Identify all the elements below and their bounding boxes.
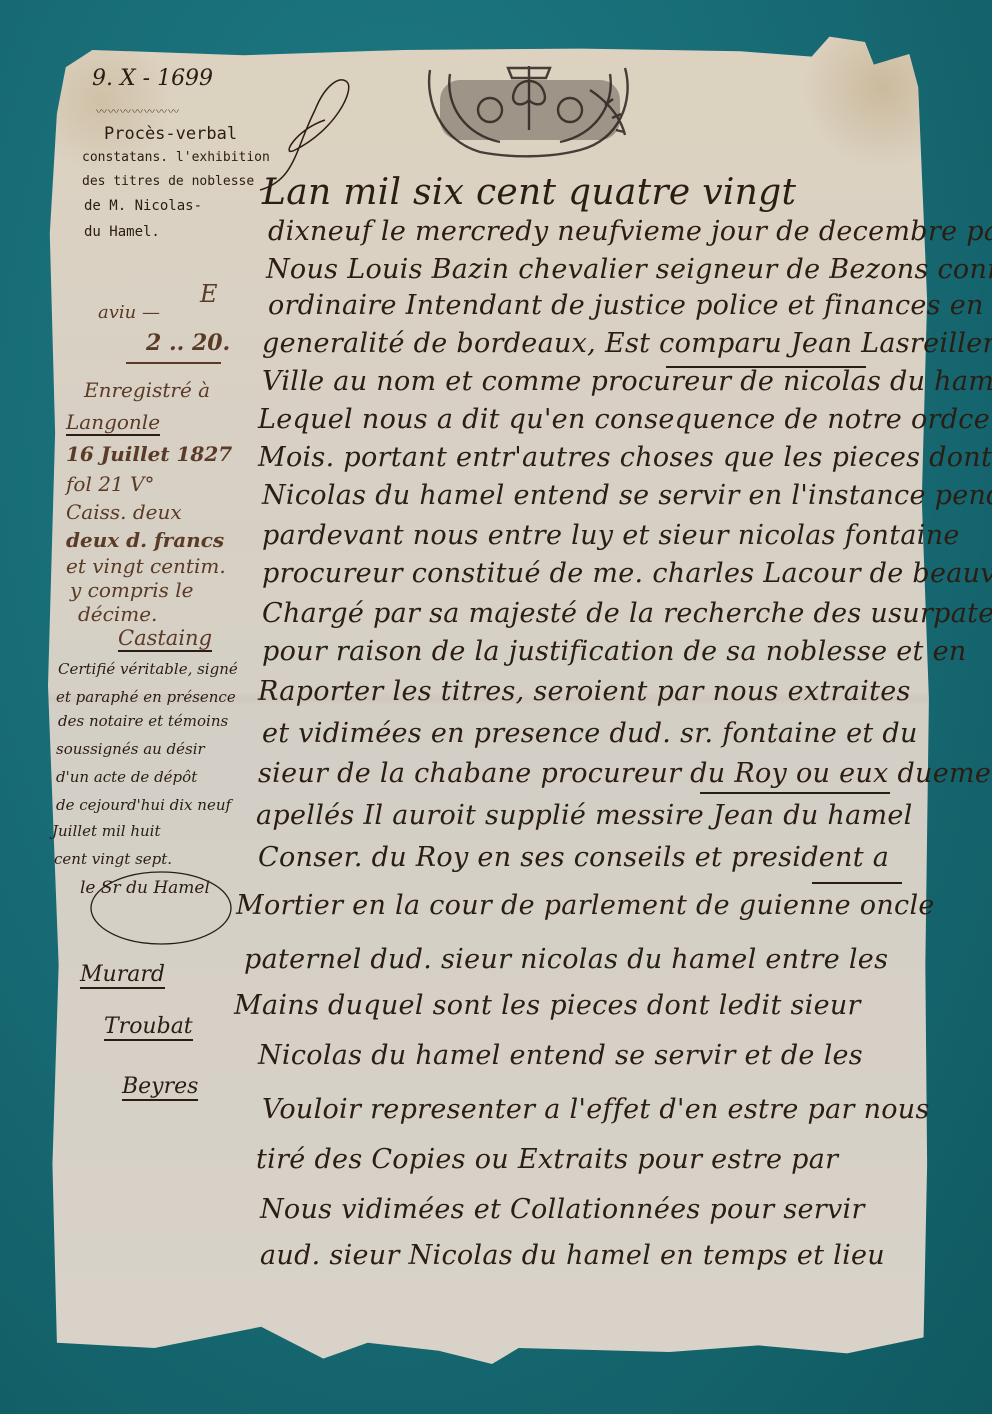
- body-line-13: pour raison de la justification de sa no…: [262, 636, 967, 667]
- signature-beyres: Beyres: [122, 1074, 198, 1101]
- header-line-2: des titres de noblesse: [82, 174, 254, 189]
- body-line-15: et vidimées en presence dud. sr. fontain…: [262, 718, 918, 749]
- body-line-20: paternel dud. sieur nicolas du hamel ent…: [244, 944, 888, 975]
- body-line-24: tiré des Copies ou Extraits pour estre p…: [256, 1144, 838, 1175]
- header-title: Procès-verbal: [104, 124, 237, 144]
- header-line-1: constatans. l'exhibition: [82, 150, 270, 165]
- registration-line-2: Langonle: [66, 410, 160, 436]
- certification-line-5: d'un acte de dépôt: [56, 768, 197, 786]
- body-line-10: pardevant nous entre luy et sieur nicola…: [262, 520, 960, 551]
- registration-line-5: Caiss. deux: [66, 500, 182, 524]
- certification-line-7: Juillet mil huit: [52, 822, 160, 840]
- body-line-18: Conser. du Roy en ses conseils et presid…: [258, 842, 889, 873]
- body-line-12: Chargé par sa majesté de la recherche de…: [262, 598, 992, 629]
- body-line-23: Vouloir representer a l'effet d'en estre…: [262, 1094, 930, 1125]
- body-line-19: Mortier en la cour de parlement de guien…: [236, 890, 935, 921]
- header-divider: 〰〰〰〰〰〰〰: [96, 103, 180, 119]
- header-date: 9. X - 1699: [92, 66, 213, 91]
- body-line-21: Mains duquel sont les pieces dont ledit …: [234, 990, 861, 1021]
- body-line-3: Nous Louis Bazin chevalier seigneur de B…: [266, 254, 992, 285]
- fee-mark: E: [200, 280, 218, 308]
- body-line-9: Nicolas du hamel entend se servir en l'i…: [262, 480, 992, 511]
- body-line-1: Lan mil six cent quatre vingt: [262, 172, 796, 213]
- registration-line-9: décime.: [78, 602, 157, 626]
- body-line-5: generalité de bordeaux, Est comparu Jean…: [262, 328, 992, 359]
- registration-line-1: Enregistré à: [84, 378, 210, 402]
- body-line-25: Nous vidimées et Collationnées pour serv…: [260, 1194, 865, 1225]
- header-line-3: de M. Nicolas-: [84, 198, 202, 214]
- fee-amount: 2 .. 20.: [146, 330, 230, 356]
- signature-troubat: Troubat: [104, 1014, 193, 1041]
- fee-prefix: aviu —: [98, 302, 160, 323]
- body-line-7: Lequel nous a dit qu'en consequence de n…: [258, 404, 992, 435]
- certification-line-6: de cejourd'hui dix neuf: [56, 796, 231, 814]
- signature-du-hamel: le Sr du Hamel: [80, 878, 210, 898]
- underline-2: [700, 792, 890, 794]
- certification-line-8: cent vingt sept.: [54, 850, 172, 868]
- body-line-6: Ville au nom et comme procureur de nicol…: [262, 366, 992, 397]
- body-line-11: procureur constitué de me. charles Lacou…: [262, 558, 992, 589]
- body-line-16: sieur de la chabane procureur du Roy ou …: [258, 758, 992, 789]
- certification-line-3: des notaire et témoins: [58, 712, 228, 730]
- body-line-26: aud. sieur Nicolas du hamel en temps et …: [260, 1240, 885, 1271]
- certification-line-4: soussignés au désir: [56, 740, 205, 758]
- signature-murard: Murard: [80, 962, 165, 989]
- body-line-8: Mois. portant entr'autres choses que les…: [258, 442, 992, 473]
- body-line-22: Nicolas du hamel entend se servir et de …: [258, 1040, 863, 1071]
- registration-line-4: fol 21 V°: [66, 472, 154, 496]
- body-line-2: dixneuf le mercredy neufvieme jour de de…: [268, 216, 992, 247]
- fee-underline: [126, 362, 221, 364]
- royal-stamp-icon: [420, 60, 638, 158]
- registration-line-3: 16 Juillet 1827: [66, 442, 232, 466]
- body-line-4: ordinaire Intendant de justice police et…: [268, 290, 992, 321]
- certification-line-2: et paraphé en présence: [56, 688, 236, 706]
- registration-line-7: et vingt centim.: [66, 554, 226, 578]
- body-line-17: apellés Il auroit supplié messire Jean d…: [256, 800, 913, 831]
- registration-line-6: deux d. francs: [66, 528, 224, 552]
- registration-signature: Castaing: [118, 626, 212, 652]
- body-line-14: Raporter les titres, seroient par nous e…: [258, 676, 911, 707]
- underline-3: [812, 882, 902, 884]
- header-line-4: du Hamel.: [84, 224, 160, 240]
- registration-line-8: y compris le: [70, 578, 193, 602]
- certification-line-1: Certifié véritable, signé: [58, 660, 238, 678]
